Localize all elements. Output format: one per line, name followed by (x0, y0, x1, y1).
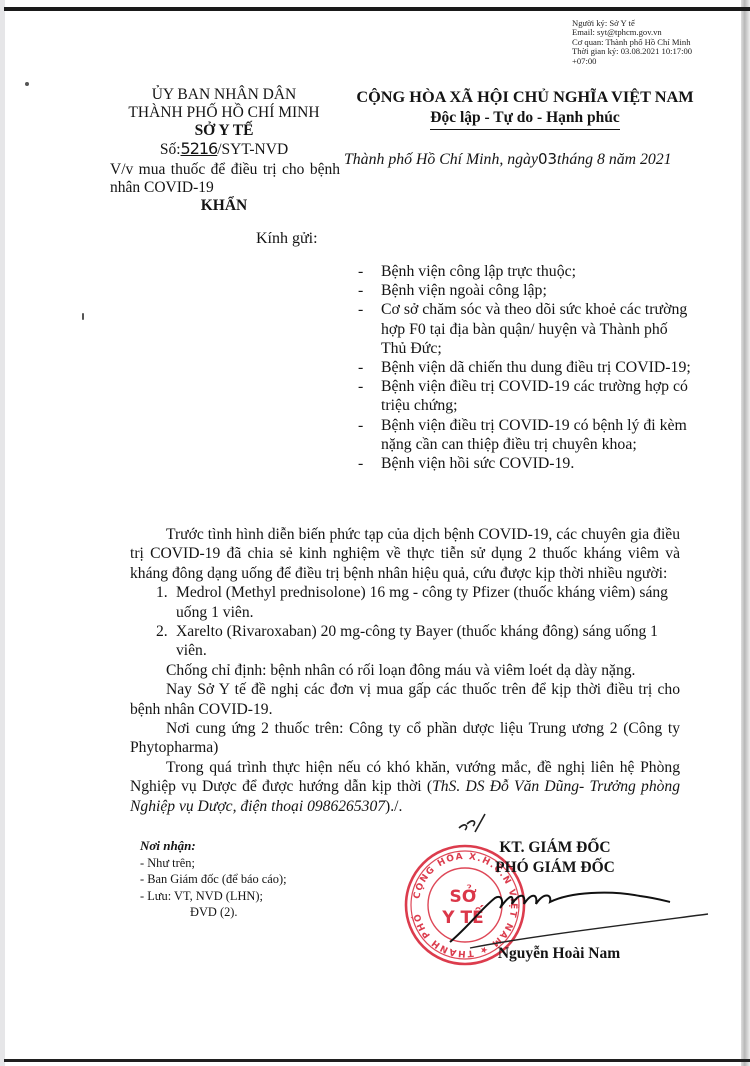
timezone-line: +07:00 (572, 57, 692, 66)
doc-number-handwritten: 5216 (181, 139, 218, 158)
drug-item: 2.Xarelto (Rivaroxaban) 20 mg-công ty Ba… (130, 622, 680, 661)
drug-number: 2. (156, 622, 168, 641)
doc-number-suffix: /SYT-NVD (217, 141, 288, 158)
handwritten-initial-icon (455, 808, 490, 836)
recipient-item: Bệnh viện điều trị COVID-19 các trường h… (355, 377, 695, 415)
day-handwritten: 03 (538, 150, 557, 168)
recipient-item: Bệnh viện hồi sức COVID-19. (355, 454, 695, 473)
intro-paragraph: Trước tình hình diễn biến phức tạp của d… (130, 525, 680, 583)
scan-speck (82, 313, 84, 320)
drug-list: 1.Medrol (Methyl prednisolone) 16 mg - c… (130, 583, 680, 661)
doc-number-prefix: Số: (160, 141, 181, 158)
contact-paragraph: Trong quá trình thực hiện nếu có khó khă… (130, 758, 680, 816)
national-header: CỘNG HÒA XÃ HỘI CHỦ NGHĨA VIỆT NAM Độc l… (340, 87, 710, 130)
drug-item: 1.Medrol (Methyl prednisolone) 16 mg - c… (130, 583, 680, 622)
drug-text: Medrol (Methyl prednisolone) 16 mg - côn… (176, 584, 668, 620)
distribution-item: - Như trên; (140, 855, 287, 872)
contraindication: Chống chỉ định: bệnh nhân có rối loạn đô… (130, 661, 680, 680)
scanned-page: Người ký: Sở Y tế Email: syt@tphcm.gov.v… (0, 0, 750, 1066)
page-edge-left (0, 0, 5, 1066)
document-number: Số:5216/SYT-NVD (110, 140, 338, 159)
issuing-authority: ỦY BAN NHÂN DÂN THÀNH PHỐ HỒ CHÍ MINH SỞ… (110, 86, 338, 159)
authority-line-2: THÀNH PHỐ HỒ CHÍ MINH (110, 104, 338, 122)
page-edge-right (741, 0, 750, 1066)
distribution-title: Nơi nhận: (140, 838, 287, 855)
distribution-item: ĐVD (2). (140, 904, 287, 921)
document-body: Trước tình hình diễn biến phức tạp của d… (130, 525, 680, 816)
distribution-list: Nơi nhận: - Như trên; - Ban Giám đốc (để… (140, 838, 287, 921)
supplier-paragraph: Nơi cung ứng 2 thuốc trên: Công ty cổ ph… (130, 719, 680, 758)
national-title: CỘNG HÒA XÃ HỘI CHỦ NGHĨA VIỆT NAM (340, 87, 710, 107)
recipient-item: Bệnh viện ngoài công lập; (355, 281, 695, 300)
handwritten-signature-icon (440, 880, 710, 950)
request-paragraph: Nay Sở Y tế đề nghị các đơn vị mua gấp c… (130, 680, 680, 719)
recipient-item: Bệnh viện công lập trực thuộc; (355, 262, 695, 281)
signer-title-line-2: PHÓ GIÁM ĐỐC (470, 858, 640, 878)
recipient-list: Bệnh viện công lập trực thuộc; Bệnh viện… (355, 262, 695, 473)
page-edge-bottom (4, 1059, 750, 1062)
authority-line-1: ỦY BAN NHÂN DÂN (110, 86, 338, 104)
drug-text: Xarelto (Rivaroxaban) 20 mg-công ty Baye… (176, 623, 658, 659)
contact-suffix: )./. (385, 798, 402, 815)
page-edge-top (4, 7, 750, 11)
place-and-date: Thành phố Hồ Chí Minh, ngày03tháng 8 năm… (344, 150, 672, 169)
signer-name: Nguyễn Hoài Nam (474, 945, 644, 963)
signer-title-line-1: KT. GIÁM ĐỐC (470, 838, 640, 858)
recipient-item: Cơ sở chăm sóc và theo dõi sức khoẻ các … (355, 300, 695, 358)
greeting: Kính gửi: (256, 230, 318, 248)
digital-signature-info: Người ký: Sở Y tế Email: syt@tphcm.gov.v… (572, 19, 692, 66)
signer-title: KT. GIÁM ĐỐC PHÓ GIÁM ĐỐC (470, 838, 640, 877)
drug-number: 1. (156, 583, 168, 602)
urgency-label: KHẨN (110, 197, 338, 215)
national-motto: Độc lập - Tự do - Hạnh phúc (430, 108, 619, 130)
place-date-suffix: tháng 8 năm 2021 (557, 151, 672, 168)
department-name: SỞ Y TẾ (110, 122, 338, 140)
recipient-item: Bệnh viện dã chiến thu dung điều trị COV… (355, 358, 695, 377)
distribution-item: - Lưu: VT, NVD (LHN); (140, 888, 287, 905)
document-subject: V/v mua thuốc để điều trị cho bệnh nhân … (110, 161, 340, 196)
place-date-prefix: Thành phố Hồ Chí Minh, ngày (344, 151, 538, 168)
distribution-item: - Ban Giám đốc (để báo cáo); (140, 871, 287, 888)
recipient-item: Bệnh viện điều trị COVID-19 có bệnh lý đ… (355, 416, 695, 454)
scan-speck (25, 82, 29, 86)
